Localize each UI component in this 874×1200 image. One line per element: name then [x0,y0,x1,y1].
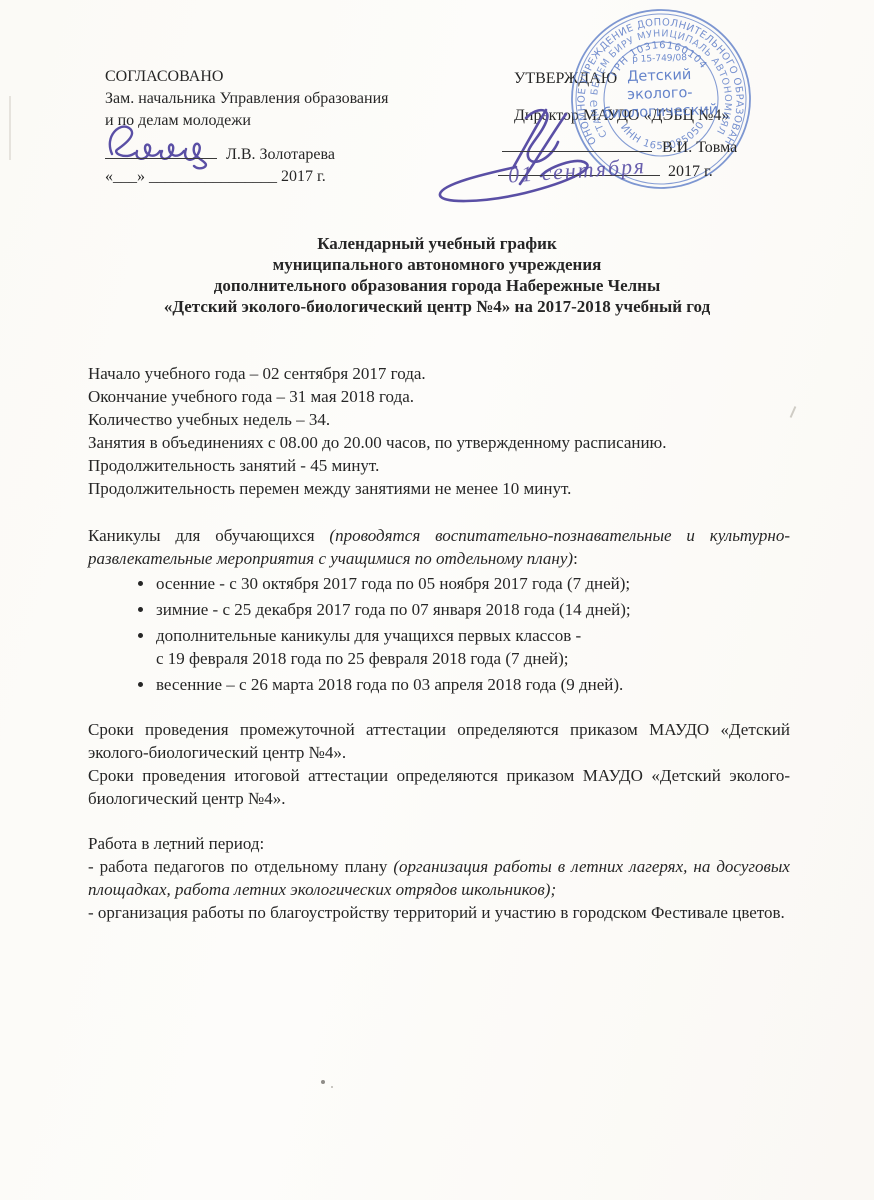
vacation-item-winter: зимние - с 25 декабря 2017 года по 07 ян… [155,598,790,621]
schedule-line: Занятия в объединениях с 08.00 до 20.00 … [88,431,790,454]
vacations-intro-colon: : [573,549,578,568]
schedule-line: Продолжительность занятий - 45 минут. [88,454,790,477]
approval-left-line1: Зам. начальника Управления образования [105,88,389,110]
vacations-block: Каникулы для обучающихся (проводятся вос… [88,524,790,696]
summer-item-1: - работа педагогов по отдельному плану (… [88,855,790,901]
approval-left-title: СОГЛАСОВАНО [105,66,389,88]
vacations-intro: Каникулы для обучающихся (проводятся вос… [88,524,790,570]
signer-name-left: Л.В. Золотарева [217,146,335,163]
vacation-item-spring: весенние – с 26 марта 2018 года по 03 ап… [155,673,790,696]
signature-line [502,136,652,152]
schedule-line: Количество учебных недель – 34. [88,408,790,431]
title-line4: «Детский эколого-биологический центр №4»… [0,296,874,317]
vacation-item-autumn: осенние - с 30 октября 2017 года по 05 н… [155,572,790,595]
scan-speck [331,1086,333,1088]
date-row-left: «___» ________________ 2017 г. [105,168,326,186]
title-line3: дополнительного образования города Набер… [0,275,874,296]
scanned-document-page: СОГЛАСОВАНО Зам. начальника Управления о… [0,0,874,1200]
schedule-block: Начало учебного года – 02 сентября 2017 … [88,362,790,500]
scan-edge-artifact [9,96,11,160]
schedule-line: Начало учебного года – 02 сентября 2017 … [88,362,790,385]
stamp-center-line2: эколого- [627,85,693,103]
summer-title: Работа в летний период: [88,832,790,855]
title-line1: Календарный учебный график [0,233,874,254]
stamp-center-line3: биологический [602,102,718,122]
document-body: Начало учебного года – 02 сентября 2017 … [88,362,790,924]
approval-left-block: СОГЛАСОВАНО Зам. начальника Управления о… [105,66,389,132]
stamp-reg-number: р 15-749/08 [632,53,688,65]
signature-row-left: Л.В. Золотарева [105,143,335,164]
schedule-line: Окончание учебного года – 31 мая 2018 го… [88,385,790,408]
scan-speck [321,1080,325,1084]
attestation-paragraph-1: Сроки проведения промежуточной аттестаци… [88,718,790,764]
stamp-center-line1: Детский [627,67,692,85]
scan-speck [169,849,171,852]
vacations-intro-regular: Каникулы для обучающихся [88,526,329,545]
attestation-block: Сроки проведения промежуточной аттестаци… [88,718,790,810]
schedule-line: Продолжительность перемен между занятиям… [88,477,790,500]
vacation-list: осенние - с 30 октября 2017 года по 05 н… [88,572,790,696]
document-title: Календарный учебный график муниципальног… [0,233,874,317]
title-line2: муниципального автономного учреждения [0,254,874,275]
approval-left-line2: и по делам молодежи [105,110,389,132]
summer-work-block: Работа в летний период: - работа педагог… [88,832,790,924]
attestation-paragraph-2: Сроки проведения итоговой аттестации опр… [88,764,790,810]
scan-edge-artifact [790,406,797,418]
signature-line [105,143,217,159]
summer-item-2: - организация работы по благоустройству … [88,901,790,924]
vacation-item-first-grade: дополнительные каникулы для учащихся пер… [155,624,790,670]
